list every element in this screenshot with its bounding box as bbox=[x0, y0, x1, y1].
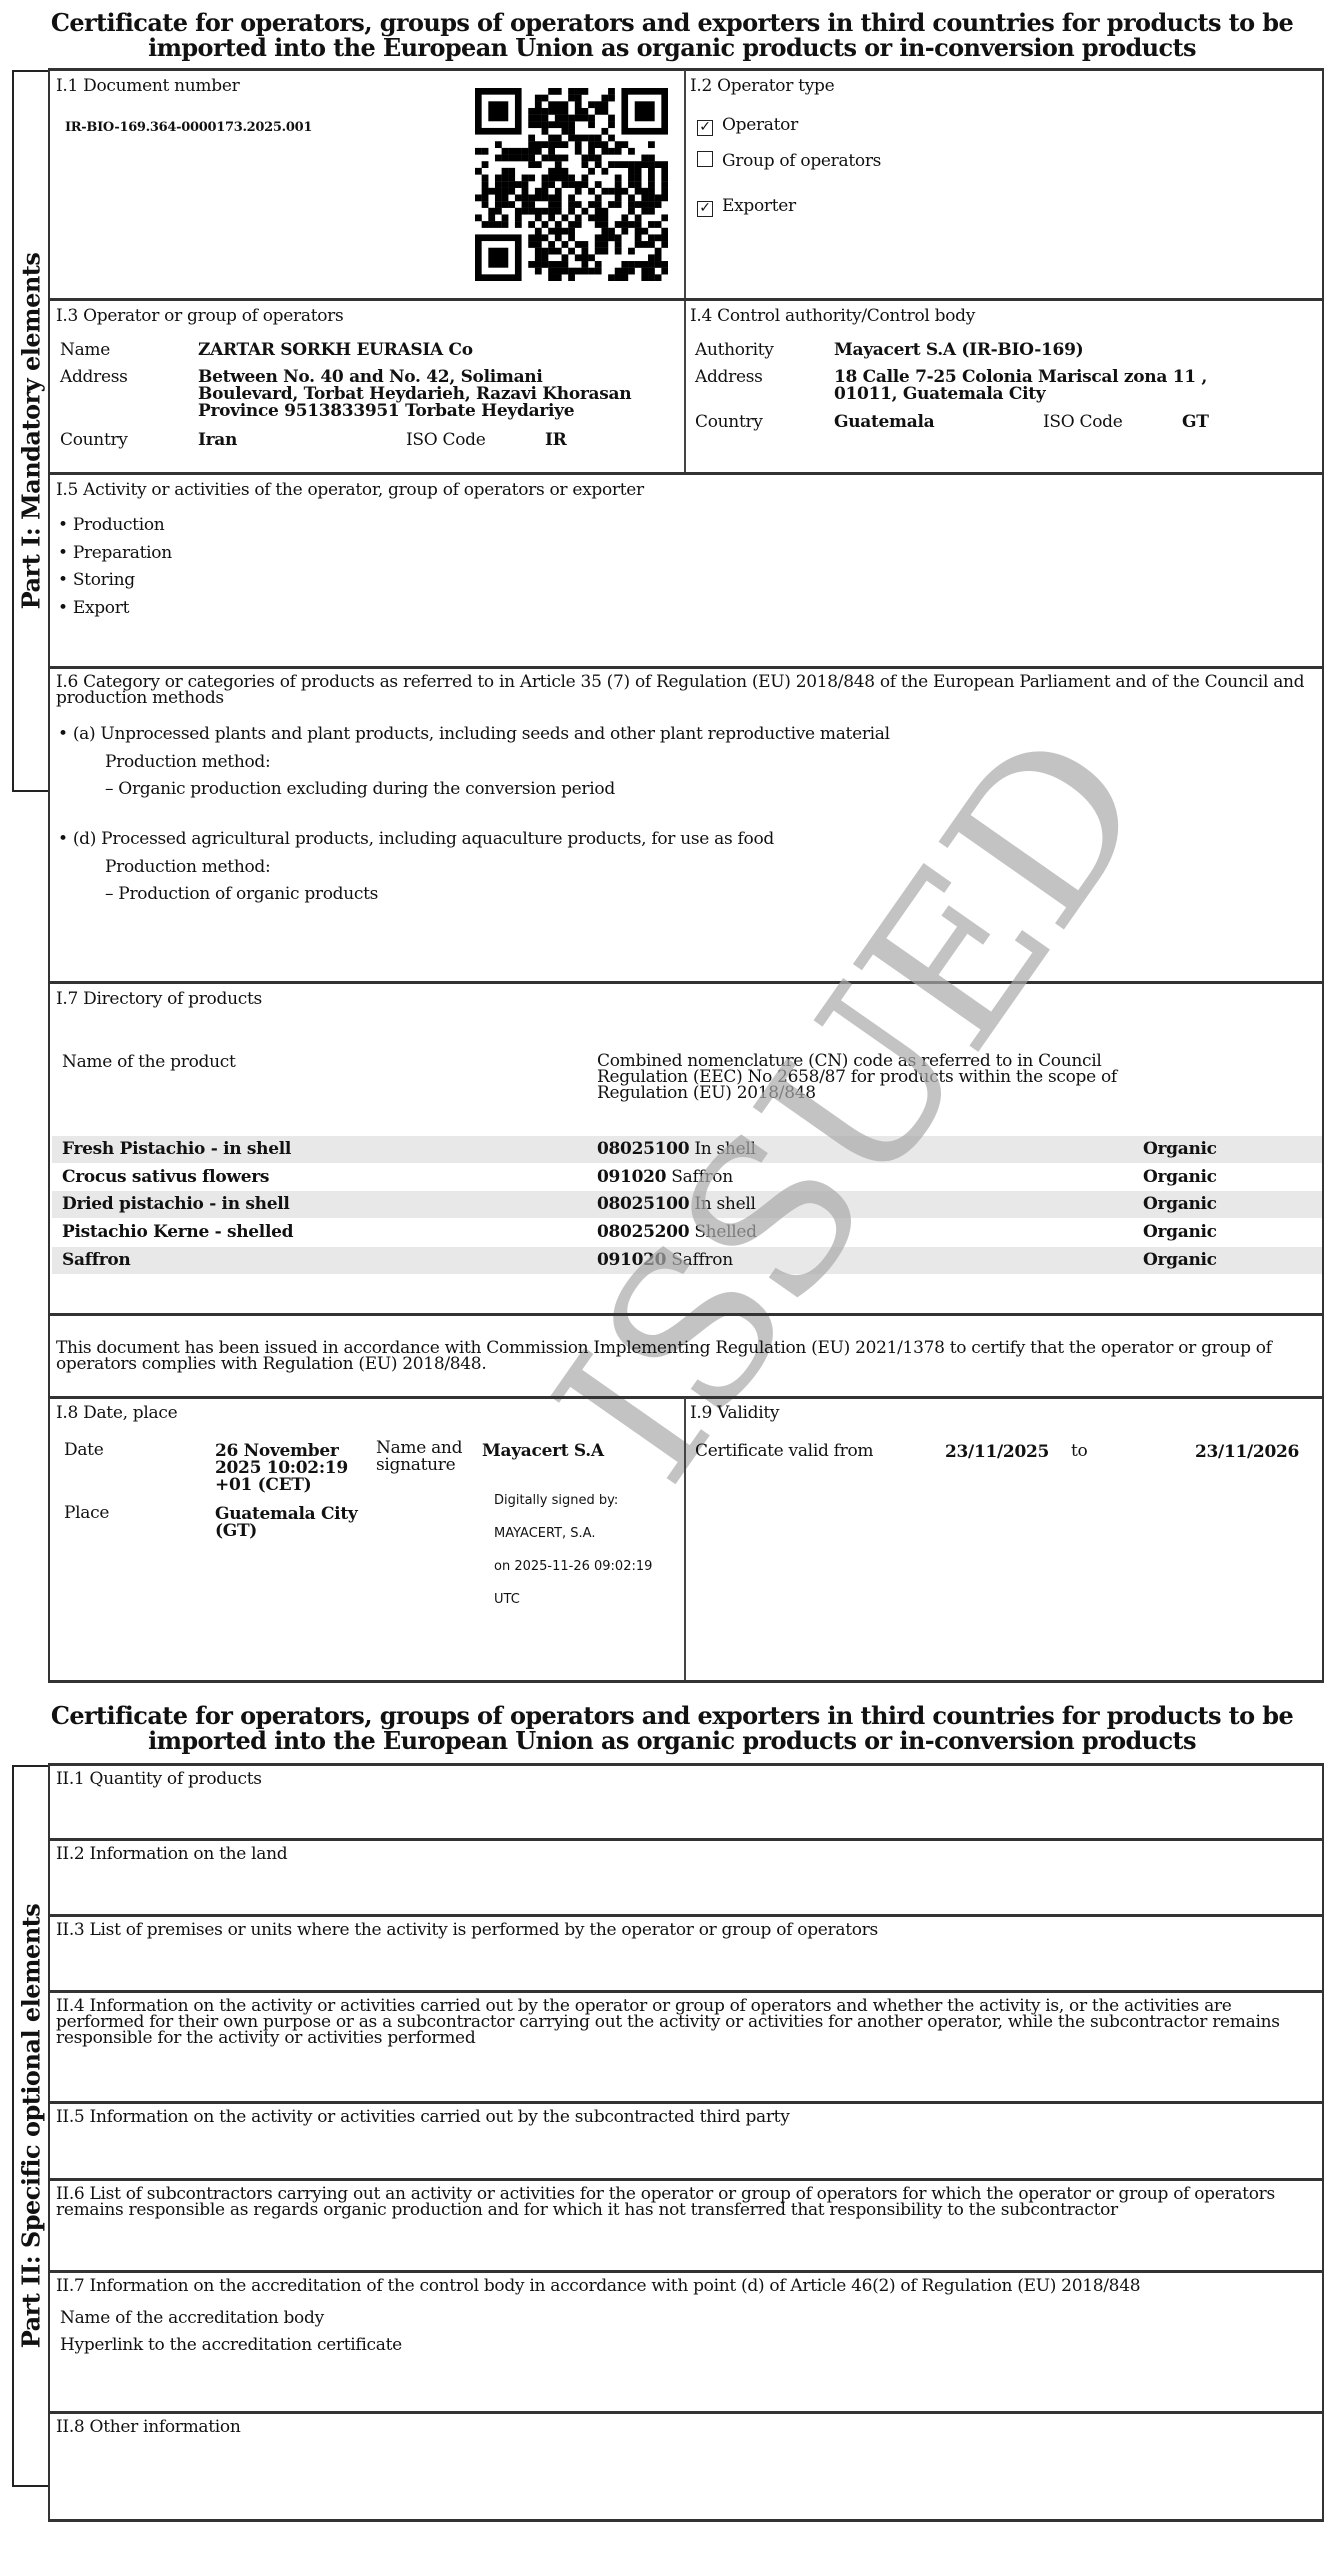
section-heading: II.3 List of premises or units where the… bbox=[56, 1922, 1316, 1938]
table-row: Dried pistachio - in shell08025100 In sh… bbox=[52, 1191, 1322, 1218]
operator-type-heading: I.2 Operator type bbox=[690, 76, 834, 96]
product-name: Saffron bbox=[62, 1250, 130, 1270]
signature-line: MAYACERT, S.A. bbox=[494, 1517, 652, 1550]
date-value: 26 November 2025 10:02:19 +01 (CET) bbox=[215, 1443, 365, 1494]
section-divider bbox=[48, 1990, 1324, 1993]
operator-name: ZARTAR SORKH EURASIA Co bbox=[198, 342, 473, 359]
validity-label: Certificate valid from bbox=[695, 1441, 873, 1461]
operator-iso-label: ISO Code bbox=[406, 430, 486, 450]
operator-address: Between No. 40 and No. 42, Solimani Boul… bbox=[198, 369, 638, 420]
operator-country-label: Country bbox=[60, 430, 128, 450]
category-a-method: – Organic production excluding during th… bbox=[105, 779, 615, 799]
product-status: Organic bbox=[1143, 1167, 1217, 1187]
signature-line: on 2025-11-26 09:02:19 bbox=[494, 1550, 652, 1583]
place-value: Guatemala City (GT) bbox=[215, 1506, 375, 1540]
products-heading: I.7 Directory of products bbox=[56, 989, 262, 1009]
product-status: Organic bbox=[1143, 1222, 1217, 1242]
control-address-label: Address bbox=[695, 367, 763, 387]
activity-item: • Storing bbox=[58, 567, 172, 595]
section-heading: II.7 Information on the accreditation of… bbox=[56, 2278, 1316, 2294]
section-heading: II.1 Quantity of products bbox=[56, 1771, 1316, 1787]
product-status: Organic bbox=[1143, 1194, 1217, 1214]
section-divider bbox=[48, 2411, 1324, 2414]
signature-label: Name and signature bbox=[376, 1440, 476, 1474]
category-d-method: – Production of organic products bbox=[105, 884, 378, 904]
product-name: Crocus sativus flowers bbox=[62, 1167, 269, 1187]
document-number-heading: I.1 Document number bbox=[56, 76, 239, 96]
signature-line: UTC bbox=[494, 1583, 652, 1616]
part1-side-label-text: Part I: Mandatory elements bbox=[17, 253, 46, 610]
activity-item: • Preparation bbox=[58, 540, 172, 568]
category-d-method-label: Production method: bbox=[105, 857, 270, 877]
exporter-option-label: Exporter bbox=[722, 196, 796, 216]
validity-to-label: to bbox=[1071, 1441, 1087, 1461]
control-body-heading: I.4 Control authority/Control body bbox=[690, 306, 975, 326]
control-address: 18 Calle 7-25 Colonia Mariscal zona 11 ,… bbox=[834, 369, 1274, 403]
part2-side-label: Part II: Specific optional elements bbox=[12, 1765, 48, 2487]
operator-type-group[interactable]: Group of operators bbox=[697, 151, 881, 171]
operator-option-label: Operator bbox=[722, 115, 798, 135]
operator-heading: I.3 Operator or group of operators bbox=[56, 306, 343, 326]
signature-line: Digitally signed by: bbox=[494, 1484, 652, 1517]
table-row: Saffron091020 SaffronOrganic bbox=[52, 1247, 1322, 1274]
section-heading: II.6 List of subcontractors carrying out… bbox=[56, 2186, 1316, 2218]
section-divider bbox=[48, 2101, 1324, 2104]
control-country: Guatemala bbox=[834, 414, 934, 431]
operator-type-operator[interactable]: ✓Operator bbox=[697, 115, 798, 136]
activities-list: • Production • Preparation • Storing • E… bbox=[58, 512, 172, 622]
validity-heading: I.9 Validity bbox=[690, 1403, 779, 1423]
product-name: Dried pistachio - in shell bbox=[62, 1194, 290, 1214]
product-cn-code: 091020 Saffron bbox=[597, 1250, 733, 1270]
section-heading: II.8 Other information bbox=[56, 2419, 1316, 2435]
valid-to: 23/11/2026 bbox=[1195, 1444, 1299, 1461]
section-line: Name of the accreditation body bbox=[60, 2308, 324, 2328]
operator-name-label: Name bbox=[60, 340, 110, 360]
compliance-statement: This document has been issued in accorda… bbox=[56, 1340, 1316, 1372]
product-cn-code: 08025200 Shelled bbox=[597, 1222, 757, 1242]
product-status: Organic bbox=[1143, 1250, 1217, 1270]
control-country-label: Country bbox=[695, 412, 763, 432]
document-number-value: IR-BIO-169.364-0000173.2025.001 bbox=[65, 120, 312, 135]
activity-item: • Production bbox=[58, 512, 172, 540]
authority-value: Mayacert S.A (IR-BIO-169) bbox=[834, 342, 1083, 359]
table-row: Crocus sativus flowers091020 SaffronOrga… bbox=[52, 1164, 1322, 1191]
part2-side-label-text: Part II: Specific optional elements bbox=[17, 1904, 46, 2349]
category-a-method-label: Production method: bbox=[105, 752, 270, 772]
date-place-heading: I.8 Date, place bbox=[56, 1403, 177, 1423]
section-divider bbox=[48, 2178, 1324, 2181]
activities-heading: I.5 Activity or activities of the operat… bbox=[56, 480, 644, 500]
product-cn-code: 08025100 In shell bbox=[597, 1194, 756, 1214]
authority-label: Authority bbox=[695, 340, 774, 360]
table-row: Fresh Pistachio - in shell08025100 In sh… bbox=[52, 1136, 1322, 1163]
qr-code-icon bbox=[475, 88, 668, 281]
certificate-title: Certificate for operators, groups of ope… bbox=[0, 10, 1344, 60]
category-d: • (d) Processed agricultural products, i… bbox=[58, 829, 774, 849]
digital-signature: Digitally signed by: MAYACERT, S.A. on 2… bbox=[494, 1484, 652, 1616]
section-heading: II.5 Information on the activity or acti… bbox=[56, 2109, 1316, 2125]
checkbox-checked-icon[interactable]: ✓ bbox=[697, 201, 713, 217]
place-label: Place bbox=[64, 1503, 109, 1523]
checkbox-checked-icon[interactable]: ✓ bbox=[697, 120, 713, 136]
categories-heading: I.6 Category or categories of products a… bbox=[56, 674, 1316, 706]
products-col-cn: Combined nomenclature (CN) code as refer… bbox=[597, 1053, 1127, 1101]
product-cn-code: 091020 Saffron bbox=[597, 1167, 733, 1187]
part1-side-label: Part I: Mandatory elements bbox=[12, 70, 48, 792]
control-iso-label: ISO Code bbox=[1043, 412, 1123, 432]
part2-frame bbox=[48, 1765, 1324, 2521]
products-col-name: Name of the product bbox=[62, 1052, 236, 1072]
product-status: Organic bbox=[1143, 1139, 1217, 1159]
operator-iso: IR bbox=[545, 432, 566, 449]
operator-type-exporter[interactable]: ✓Exporter bbox=[697, 196, 796, 217]
product-name: Fresh Pistachio - in shell bbox=[62, 1139, 291, 1159]
date-label: Date bbox=[64, 1440, 103, 1460]
operator-address-label: Address bbox=[60, 367, 128, 387]
section-divider bbox=[48, 1914, 1324, 1917]
certificate-title-part2: Certificate for operators, groups of ope… bbox=[0, 1703, 1344, 1753]
product-name: Pistachio Kerne - shelled bbox=[62, 1222, 293, 1242]
control-iso: GT bbox=[1182, 414, 1209, 431]
valid-from: 23/11/2025 bbox=[945, 1444, 1049, 1461]
section-line: Hyperlink to the accreditation certifica… bbox=[60, 2335, 402, 2355]
section-heading: II.2 Information on the land bbox=[56, 1846, 1316, 1862]
section-divider bbox=[48, 1838, 1324, 1841]
operator-country: Iran bbox=[198, 432, 237, 449]
signature-name: Mayacert S.A bbox=[482, 1443, 604, 1460]
group-option-label: Group of operators bbox=[722, 151, 881, 171]
section-heading: II.4 Information on the activity or acti… bbox=[56, 1998, 1316, 2046]
section-divider bbox=[48, 2270, 1324, 2273]
category-a: • (a) Unprocessed plants and plant produ… bbox=[58, 724, 890, 744]
table-row: Pistachio Kerne - shelled08025200 Shelle… bbox=[52, 1219, 1322, 1246]
activity-item: • Export bbox=[58, 595, 172, 623]
checkbox-unchecked-icon[interactable] bbox=[697, 151, 713, 167]
product-cn-code: 08025100 In shell bbox=[597, 1139, 756, 1159]
